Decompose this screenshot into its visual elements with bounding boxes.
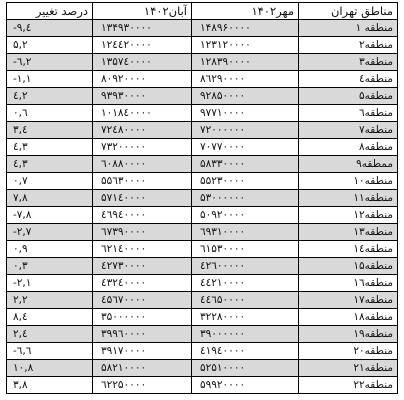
aban-value-cell: ۹۳۹۳۰۰۰۰ [93,88,192,105]
table-row: منطقه۸۷۰۷۷۰۰۰۰۷۳۲۰۰۰۰۰٤,۳ [7,139,398,156]
region-cell: منطقه۱۱ [299,190,398,207]
mehr-value-cell: ٤۲٦۰۰۰۰۰ [192,258,299,275]
header-mehr-1402: مهر۱۴۰۲ [192,3,299,20]
mehr-value-cell: ۵۸۳۳۰۰۰۰ [192,156,299,173]
percent-change-cell: ۲,٤ [7,326,93,343]
table-row: منطقه ۱۱۴۸۹۶۰۰۰۰۱۳۴۹۳۰۰۰۰-۹,٤ [7,20,398,37]
region-cell: منطقه۵ [299,88,398,105]
aban-value-cell: ۷۳۲۰۰۰۰۰ [93,139,192,156]
percent-change-cell: -۱,۱ [7,71,93,88]
mehr-value-cell: ۷۲۰۰۰۰۰۰ [192,122,299,139]
aban-value-cell: ٦۰۸۸۰۰۰۰ [93,156,192,173]
table-row: منطقه۱۱۵۳۰۰۰۰۰۰۵۷۱٤۰۰۰۰۷,۸ [7,190,398,207]
header-row: مناطق تهران مهر۱۴۰۲ آبان۱۴۰۲ درصد تغییر [7,3,398,20]
aban-value-cell: ۳۵۰۰۰۰۰۰ [93,309,192,326]
region-cell: منطقه۲ [299,37,398,54]
aban-value-cell: ۵۷۱٤۰۰۰۰ [93,190,192,207]
aban-value-cell: ۵۸۲۱۰۰۰۰ [93,360,192,377]
percent-change-cell: ٤,۲ [7,88,93,105]
aban-value-cell: ۳۹۱۷۰۰۰۰ [93,343,192,360]
region-cell: منطقه ۱ [299,20,398,37]
percent-change-cell: ۰,۳ [7,258,93,275]
mehr-value-cell: ۱۲۳۱۲۰۰۰۰ [192,37,299,54]
mehr-value-cell: ۵۲۵۱۰۰۰۰ [192,360,299,377]
table-row: ممطقه۹۵۸۳۳۰۰۰۰٦۰۸۸۰۰۰۰٤,۳ [7,156,398,173]
percent-change-cell: -۷,۸ [7,207,93,224]
header-percent-change: درصد تغییر [7,3,93,20]
mehr-value-cell: ۷۰۷۷۰۰۰۰ [192,139,299,156]
mehr-value-cell: ۵۵۲۳۰۰۰۰ [192,173,299,190]
header-aban-1402: آبان۱۴۰۲ [93,3,192,20]
table-row: منطقه۱۰۵۵۲۳۰۰۰۰۵۵٦۳۰۰۰۰۰,۷ [7,173,398,190]
region-cell: منطقه۱۰ [299,173,398,190]
aban-value-cell: ۱۳۵۷٤۰۰۰۰ [93,54,192,71]
table-row: منطقه۲۱۲۳۱۲۰۰۰۰۱۲٤٤۲۰۰۰۰۵,۲ [7,37,398,54]
aban-value-cell: ۳۹۹٦۰۰۰۰ [93,326,192,343]
region-cell: منطقه۱۸ [299,309,398,326]
table-row: منطقه۱۲۵۰۹۲۰۰۰۰٤٦۹٤۰۰۰۰-۷,۸ [7,207,398,224]
mehr-value-cell: ۵۹۹۲۰۰۰۰ [192,377,299,394]
table-row: منطقه۱۹۳۹۰۰۰۰۰۰۳۹۹٦۰۰۰۰۲,٤ [7,326,398,343]
mehr-value-cell: ۹۷۷۱۰۰۰۰ [192,105,299,122]
aban-value-cell: ۱۰۱۸٤۰۰۰۰ [93,105,192,122]
percent-change-cell: ۳,۸ [7,377,93,394]
region-cell: منطقه۱٤ [299,241,398,258]
aban-value-cell: ٤۲۷۳۰۰۰۰ [93,258,192,275]
table-row: منطقه٤۸٦۲۹۰۰۰۰۸۰۹۲۰۰۰۰-۱,۱ [7,71,398,88]
region-cell: منطقه۱٦ [299,275,398,292]
table-row: منطقه۱۳٦۹۳۱۰۰۰۰٦۷۳۹۰۰۰۰-۲,۷ [7,224,398,241]
percent-change-cell: ۵,۲ [7,37,93,54]
table-row: منطقه۳۱۲۸۳۹۰۰۰۰۱۳۵۷٤۰۰۰۰-٦,۲ [7,54,398,71]
aban-value-cell: ۷۲٤۸۰۰۰۰ [93,122,192,139]
table-row: منطقه٦۹۷۷۱۰۰۰۰۱۰۱۸٤۰۰۰۰۰,٦ [7,105,398,122]
percent-change-cell: ۸,٤ [7,309,93,326]
region-cell: منطقه٦ [299,105,398,122]
percent-change-cell: ٤,۳ [7,139,93,156]
aban-value-cell: ٤۵٦۷۰۰۰۰ [93,292,192,309]
table-row: منطقه۵۹۲۸۵۰۰۰۰۹۳۹۳۰۰۰۰٤,۲ [7,88,398,105]
region-cell: منطقه۱۹ [299,326,398,343]
aban-value-cell: ٤٦۹٤۰۰۰۰ [93,207,192,224]
percent-change-cell: -۹,٤ [7,20,93,37]
aban-value-cell: ٦۲۱٤۰۰۰۰ [93,241,192,258]
region-cell: منطقه۱۷ [299,292,398,309]
mehr-value-cell: ٤٤٦۵۰۰۰۰ [192,292,299,309]
mehr-value-cell: ٤٤۲۱۰۰۰۰ [192,275,299,292]
percent-change-cell: -۲,۱ [7,275,93,292]
mehr-value-cell: ٦۱۵۳۰۰۰۰ [192,241,299,258]
mehr-value-cell: ٦۹۳۱۰۰۰۰ [192,224,299,241]
aban-value-cell: ۵۵٦۳۰۰۰۰ [93,173,192,190]
mehr-value-cell: ۱۲۸۳۹۰۰۰۰ [192,54,299,71]
table-row: منطقه۲۰٤۱۹٤۰۰۰۰۳۹۱۷۰۰۰۰-٦,٦ [7,343,398,360]
table-row: منطقه۲۱۵۲۵۱۰۰۰۰۵۸۲۱۰۰۰۰۱۰,۸ [7,360,398,377]
mehr-value-cell: ٤۱۹٤۰۰۰۰ [192,343,299,360]
aban-value-cell: ٦۲۲۵۰۰۰۰ [93,377,192,394]
table-row: منطقه۱۵٤۲٦۰۰۰۰۰٤۲۷۳۰۰۰۰۰,۳ [7,258,398,275]
header-region: مناطق تهران [299,3,398,20]
table-row: منطقه۲۲۵۹۹۲۰۰۰۰٦۲۲۵۰۰۰۰۳,۸ [7,377,398,394]
percent-change-cell: ٤,۳ [7,156,93,173]
region-cell: منطقه۸ [299,139,398,156]
percent-change-cell: ۱۰,۸ [7,360,93,377]
mehr-value-cell: ۱۴۸۹۶۰۰۰۰ [192,20,299,37]
aban-value-cell: ٤۳۲٤۰۰۰۰ [93,275,192,292]
percent-change-cell: -٦,٦ [7,343,93,360]
table-container: مناطق تهران مهر۱۴۰۲ آبان۱۴۰۲ درصد تغییر … [6,2,398,394]
region-cell: منطقه۱۲ [299,207,398,224]
table-row: منطقه۷۷۲۰۰۰۰۰۰۷۲٤۸۰۰۰۰۳,٤ [7,122,398,139]
region-cell: منطقه۷ [299,122,398,139]
percent-change-cell: ۲,۲ [7,292,93,309]
mehr-value-cell: ۵۰۹۲۰۰۰۰ [192,207,299,224]
price-change-table: مناطق تهران مهر۱۴۰۲ آبان۱۴۰۲ درصد تغییر … [6,2,398,394]
aban-value-cell: ۱۲٤٤۲۰۰۰۰ [93,37,192,54]
region-cell: منطقه٤ [299,71,398,88]
percent-change-cell: ۰,٦ [7,105,93,122]
region-cell: منطقه۲۰ [299,343,398,360]
table-row: منطقه۱۸۳۲۲۸۰۰۰۰۳۵۰۰۰۰۰۰۸,٤ [7,309,398,326]
region-cell: منطقه۱۳ [299,224,398,241]
region-cell: منطقه۱۵ [299,258,398,275]
mehr-value-cell: ۳۹۰۰۰۰۰۰ [192,326,299,343]
percent-change-cell: ۰,۹ [7,241,93,258]
mehr-value-cell: ۳۲۲۸۰۰۰۰ [192,309,299,326]
region-cell: منطقه۲۱ [299,360,398,377]
percent-change-cell: ۷,۸ [7,190,93,207]
aban-value-cell: ۸۰۹۲۰۰۰۰ [93,71,192,88]
region-cell: منطقه۳ [299,54,398,71]
table-row: منطقه۱٦٤٤۲۱۰۰۰۰٤۳۲٤۰۰۰۰-۲,۱ [7,275,398,292]
region-cell: منطقه۲۲ [299,377,398,394]
percent-change-cell: ۰,۷ [7,173,93,190]
table-row: منطقه۱٤٦۱۵۳۰۰۰۰٦۲۱٤۰۰۰۰۰,۹ [7,241,398,258]
percent-change-cell: -۲,۷ [7,224,93,241]
mehr-value-cell: ۹۲۸۵۰۰۰۰ [192,88,299,105]
percent-change-cell: ۳,٤ [7,122,93,139]
aban-value-cell: ۱۳۴۹۳۰۰۰۰ [93,20,192,37]
region-cell: ممطقه۹ [299,156,398,173]
aban-value-cell: ٦۷۳۹۰۰۰۰ [93,224,192,241]
mehr-value-cell: ۸٦۲۹۰۰۰۰ [192,71,299,88]
table-row: منطقه۱۷٤٤٦۵۰۰۰۰٤۵٦۷۰۰۰۰۲,۲ [7,292,398,309]
mehr-value-cell: ۵۳۰۰۰۰۰۰ [192,190,299,207]
percent-change-cell: -٦,۲ [7,54,93,71]
